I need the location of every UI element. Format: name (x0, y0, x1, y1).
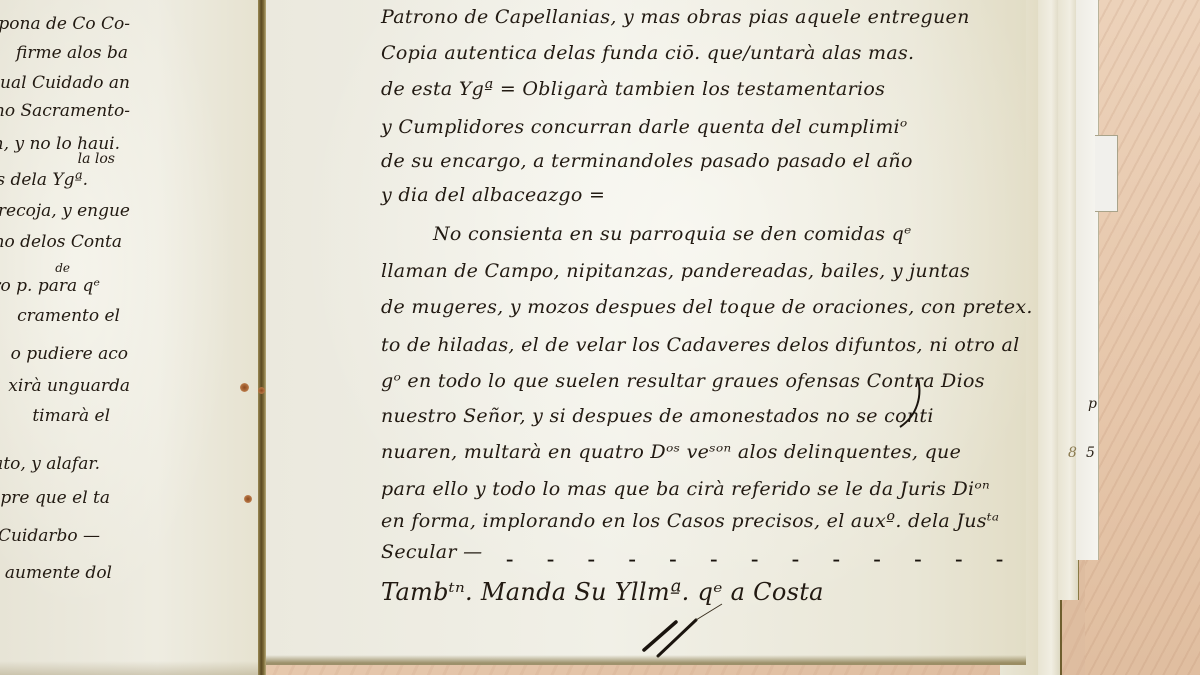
text-line: para ello y todo lo mas que ba cirà refe… (381, 480, 990, 499)
text-line: nuaren, multarà en quatro Dᵒˢ veˢᵒⁿ alos… (381, 443, 961, 462)
left-line: ual Cuidado an (0, 75, 130, 92)
left-line: pre que el ta (0, 490, 110, 507)
left-line: no Sacramento- (0, 103, 130, 120)
left-page: p. pona de Co Co- firme alos ba ual Cuid… (0, 0, 262, 675)
left-line: coro p. para qᵉ (0, 278, 100, 295)
left-line: cramento el (17, 308, 120, 325)
text-line: nuestro Señor, y si despues de amonestad… (381, 407, 934, 426)
line-end-flourish-icon (896, 375, 926, 435)
torn-page-tab (1095, 135, 1118, 212)
page-shadow (0, 661, 262, 675)
foxing-spot (240, 383, 249, 392)
text-line: de mugeres, y mozos despues del toque de… (381, 298, 1033, 317)
stack-mark: 5 (1086, 445, 1095, 461)
stack-mark: p (1088, 396, 1097, 412)
text-line: de esta Ygª = Obligarà tambien los testa… (381, 80, 885, 99)
text-line: Copia autentica delas funda ciō. que/unt… (381, 44, 914, 63)
closing-line: Tambᵗⁿ. Manda Su Yllmª. qᵉ a Costa (381, 580, 824, 604)
text-line: y Cumplidores concurran darle quenta del… (381, 118, 908, 137)
text-line: en forma, implorando en los Casos precis… (381, 512, 999, 531)
left-line: o pudiere aco (11, 346, 128, 363)
left-line: r, Cuidarbo — (0, 528, 100, 545)
text-line: gᵒ en todo lo que suelen resultar graues… (381, 372, 985, 391)
line-filler-dashes: - - - - - - - - - - - - - (506, 546, 1017, 572)
left-line: tas dela Ygª. (0, 172, 88, 189)
binding-gutter (258, 0, 266, 675)
stack-mark: 8 (1068, 445, 1077, 461)
text-line: Secular — (381, 543, 482, 562)
left-line: la los (78, 152, 115, 166)
left-line: xirà unguarda (8, 378, 130, 395)
text-line: de su encargo, a terminandoles pasado pa… (381, 152, 913, 171)
left-line: erecoja, y engue (0, 203, 130, 220)
right-page: Patrono de Capellanias, y mas obras pias… (266, 0, 1026, 665)
page-leaf (1076, 0, 1099, 560)
foxing-spot (244, 495, 252, 503)
text-line: Patrono de Capellanias, y mas obras pias… (381, 8, 970, 27)
left-line: firme alos ba (16, 45, 128, 62)
catchword-flourish-icon (636, 600, 726, 660)
left-line: p. pona de Co Co- (0, 16, 130, 33)
left-line: nato, y alafar. (0, 456, 100, 473)
text-line: llaman de Campo, nipitanzas, pandereadas… (381, 262, 970, 281)
left-line: de (55, 262, 70, 274)
text-line: No consienta en su parroquia se den comi… (433, 225, 912, 244)
text-line: y dia del albaceazgo = (381, 186, 605, 205)
left-line: ismo delos Conta (0, 234, 122, 251)
foxing-spot (258, 387, 265, 394)
text-line: to de hiladas, el de velar los Cadaveres… (381, 336, 1020, 355)
page-bottom-edge (266, 655, 1026, 665)
left-line: timarà el (32, 408, 110, 425)
manuscript-photo: p 8 5 p. pona de Co Co- firme alos ba ua… (0, 0, 1200, 675)
left-line: aumente dol (5, 565, 112, 582)
